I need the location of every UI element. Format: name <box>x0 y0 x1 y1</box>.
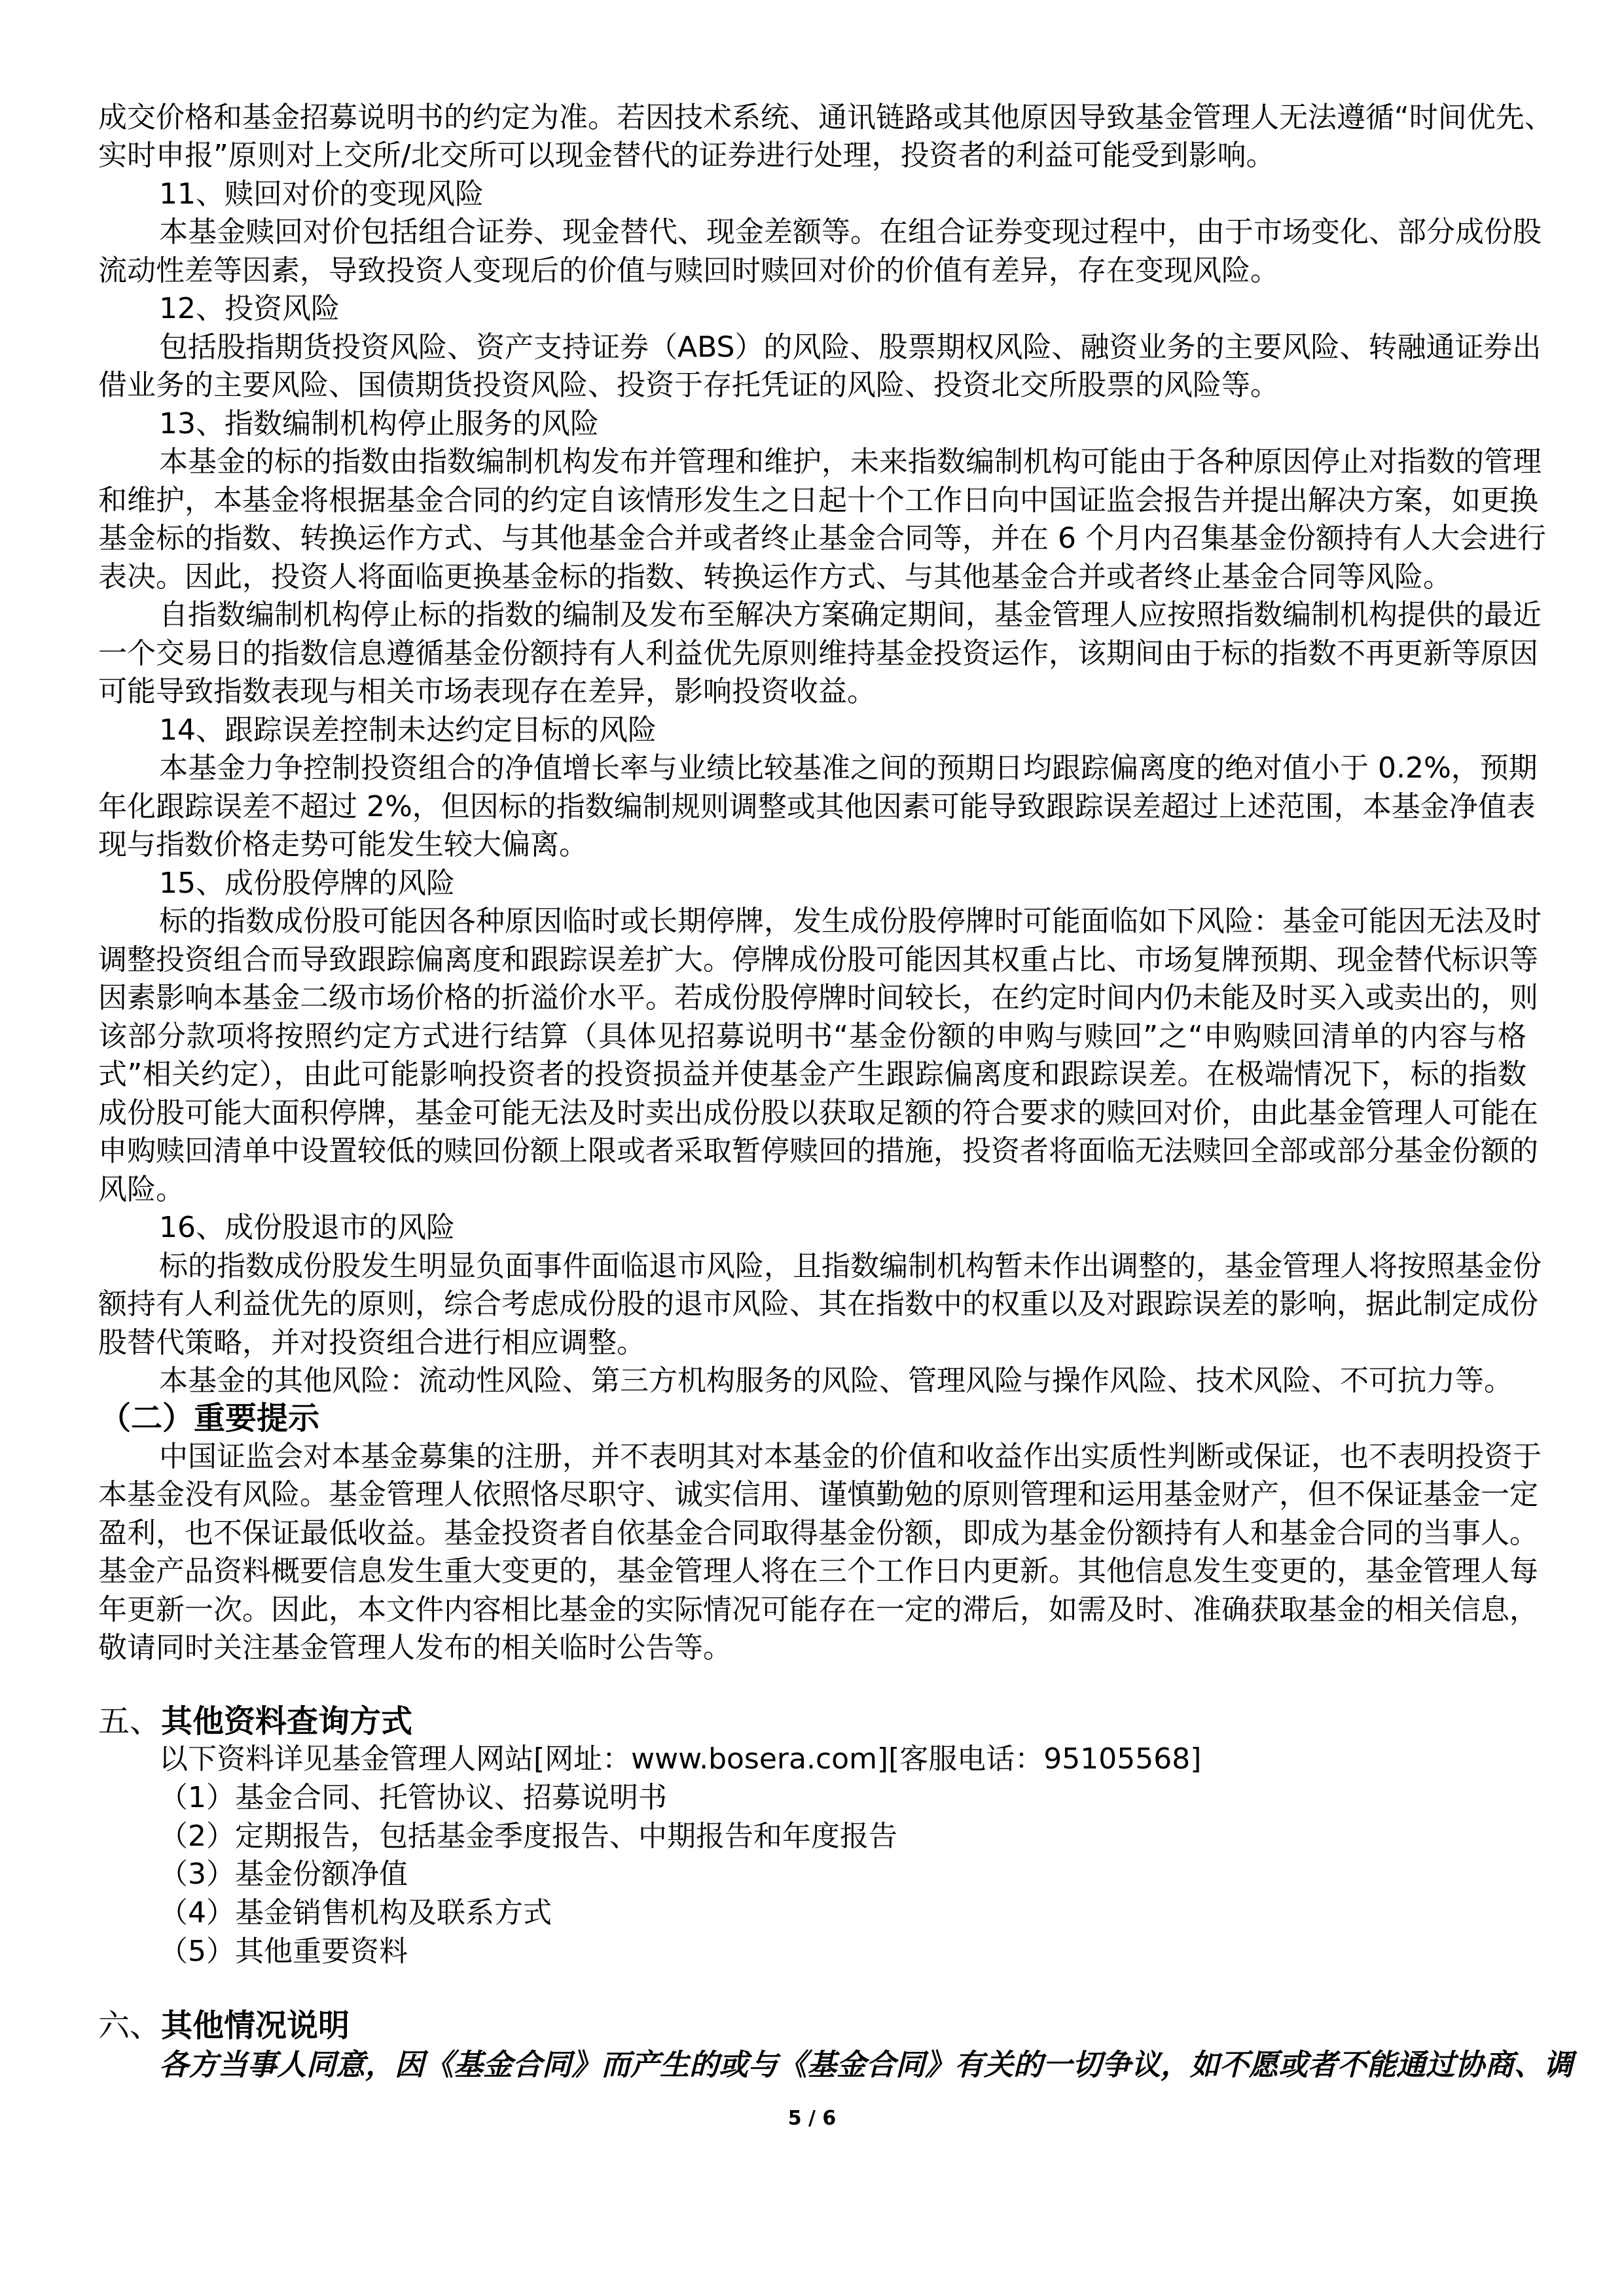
body-line: 因素影响本基金二级市场价格的折溢价水平。若成份股停牌时间较长，在约定时间内仍未能… <box>98 979 1526 1017</box>
list-item: （3）基金份额净值 <box>159 1856 1468 1893</box>
section-5-title: 其他资料查询方式 <box>161 1703 412 1740</box>
body-line: 本基金力争控制投资组合的净值增长率与业绩比较基准之间的预期日均跟踪偏离度的绝对值… <box>159 749 1526 787</box>
body-line: 标的指数成份股可能因各种原因临时或长期停牌，发生成份股停牌时可能面临如下风险：基… <box>159 903 1526 941</box>
section-6-heading: 六、其他情况说明 <box>98 2007 1526 2045</box>
body-line: 包括股指期货投资风险、资产支持证券（ABS）的风险、股票期权风险、融资业务的主要… <box>159 329 1526 367</box>
body-line: 敬请同时关注基金管理人发布的相关临时公告等。 <box>98 1629 1526 1667</box>
list-item: （1）基金合同、托管协议、招募说明书 <box>159 1779 1468 1817</box>
body-line: 该部分款项将按照约定方式进行结算（具体见招募说明书“基金份额的申购与赎回”之“申… <box>98 1018 1526 1056</box>
body-line: 申购赎回清单中设置较低的赎回份额上限或者采取暂停赎回的措施，投资者将面临无法赎回… <box>98 1132 1526 1170</box>
body-line: 可能导致指数表现与相关市场表现存在差异，影响投资收益。 <box>98 673 1526 711</box>
body-line: 本基金赎回对价包括组合证券、现金替代、现金差额等。在组合证券变现过程中，由于市场… <box>159 213 1526 251</box>
body-line: 标的指数成份股发生明显负面事件面临退市风险，且指数编制机构暂未作出调整的，基金管… <box>159 1247 1526 1285</box>
page-number: 5 / 6 <box>0 2104 1624 2134</box>
body-line: 本基金的标的指数由指数编制机构发布并管理和维护，未来指数编制机构可能由于各种原因… <box>159 443 1526 481</box>
dispute-clause-line: 各方当事人同意，因《基金合同》而产生的或与《基金合同》有关的一切争议，如不愿或者… <box>159 2046 1526 2084</box>
body-line: 调整投资组合而导致跟踪偏离度和跟踪误差扩大。停牌成份股可能因其权重占比、市场复牌… <box>98 941 1526 979</box>
body-line: 流动性差等因素，导致投资人变现后的价值与赎回时赎回对价的价值有差异，存在变现风险… <box>98 252 1526 290</box>
body-line: 股替代策略，并对投资组合进行相应调整。 <box>98 1324 1526 1362</box>
body-line: 一个交易日的指数信息遵循基金份额持有人利益优先原则维持基金投资运作，该期间由于标… <box>98 635 1526 673</box>
body-line: 年更新一次。因此，本文件内容相比基金的实际情况可能存在一定的滞后，如需及时、准确… <box>98 1591 1526 1629</box>
other-risks-line: 本基金的其他风险：流动性风险、第三方机构服务的风险、管理风险与操作风险、技术风险… <box>159 1362 1526 1400</box>
body-line: 年化跟踪误差不超过 2%，但因标的指数编制规则调整或其他因素可能导致跟踪误差超过… <box>98 788 1526 826</box>
section-5-number: 五、 <box>98 1703 161 1740</box>
body-line: 本基金没有风险。基金管理人依照恪尽职守、诚实信用、谨慎勤勉的原则管理和运用基金财… <box>98 1476 1526 1514</box>
body-line: 现与指数价格走势可能发生较大偏离。 <box>98 826 1526 864</box>
section-6-title: 其他情况说明 <box>161 2007 350 2044</box>
important-notice-title: （二）重要提示 <box>99 1399 1528 1437</box>
body-line: 借业务的主要风险、国债期货投资风险、投资于存托凭证的风险、投资北交所股票的风险等… <box>98 367 1526 404</box>
risk-heading-13: 13、指数编制机构停止服务的风险 <box>159 405 1526 443</box>
list-item: （5）其他重要资料 <box>159 1933 1468 1971</box>
body-line: 自指数编制机构停止标的指数的编制及发布至解决方案确定期间，基金管理人应按照指数编… <box>159 596 1526 634</box>
body-line: 额持有人利益优先的原则，综合考虑成份股的退市风险、其在指数中的权重以及对跟踪误差… <box>98 1285 1526 1323</box>
section-6-number: 六、 <box>98 2007 161 2044</box>
body-line: 成交价格和基金招募说明书的约定为准。若因技术系统、通讯链路或其他原因导致基金管理… <box>98 99 1526 137</box>
section-5-heading: 五、其他资料查询方式 <box>98 1702 1526 1740</box>
risk-heading-11: 11、赎回对价的变现风险 <box>159 175 1526 213</box>
body-line: 基金标的指数、转换运作方式、与其他基金合并或者终止基金合同等，并在 6 个月内召… <box>98 520 1526 558</box>
list-item: （4）基金销售机构及联系方式 <box>159 1894 1468 1932</box>
risk-heading-12: 12、投资风险 <box>159 290 1526 328</box>
list-item: （2）定期报告，包括基金季度报告、中期报告和年度报告 <box>159 1818 1468 1856</box>
risk-heading-15: 15、成份股停牌的风险 <box>159 865 1526 903</box>
info-source-line: 以下资料详见基金管理人网站[网址：www.bosera.com][客服电话：95… <box>159 1740 1468 1778</box>
risk-heading-16: 16、成份股退市的风险 <box>159 1209 1526 1247</box>
body-line: 风险。 <box>98 1171 1526 1209</box>
body-line: 中国证监会对本基金募集的注册，并不表明其对本基金的价值和收益作出实质性判断或保证… <box>159 1438 1526 1476</box>
body-line: 和维护，本基金将根据基金合同的约定自该情形发生之日起十个工作日向中国证监会报告并… <box>98 482 1526 520</box>
risk-heading-14: 14、跟踪误差控制未达约定目标的风险 <box>159 711 1526 749</box>
body-line: 实时申报”原则对上交所/北交所可以现金替代的证券进行处理，投资者的利益可能受到影… <box>98 137 1526 175</box>
body-line: 式”相关约定），由此可能影响投资者的投资损益并使基金产生跟踪偏离度和跟踪误差。在… <box>98 1056 1526 1094</box>
body-line: 基金产品资料概要信息发生重大变更的，基金管理人将在三个工作日内更新。其他信息发生… <box>98 1552 1526 1590</box>
body-line: 表决。因此，投资人将面临更换基金标的指数、转换运作方式、与其他基金合并或者终止基… <box>98 558 1526 596</box>
body-line: 盈利，也不保证最低收益。基金投资者自依基金合同取得基金份额，即成为基金份额持有人… <box>98 1515 1526 1552</box>
body-line: 成份股可能大面积停牌，基金可能无法及时卖出成份股以获取足额的符合要求的赎回对价，… <box>98 1094 1526 1132</box>
document-page: 成交价格和基金招募说明书的约定为准。若因技术系统、通讯链路或其他原因导致基金管理… <box>0 0 1624 2296</box>
